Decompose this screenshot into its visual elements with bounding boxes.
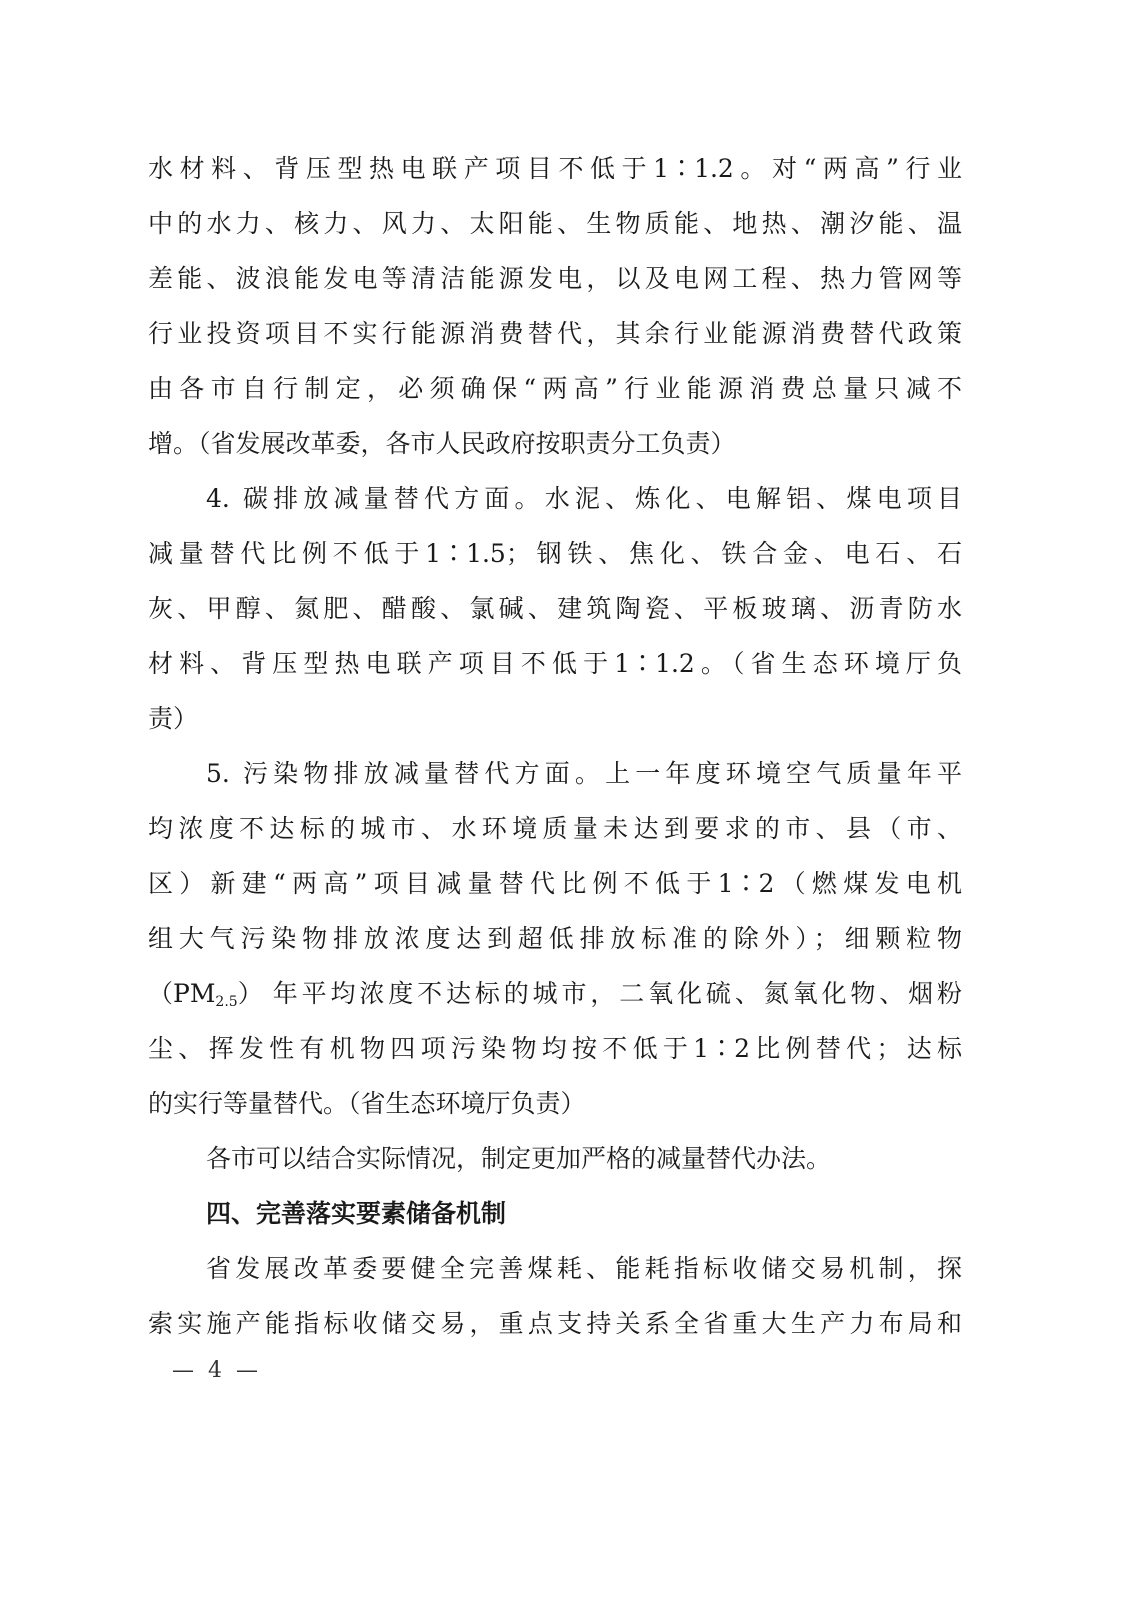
paragraph-line: 组大气污染物排放浓度达到超低排放标准的除外）；细颗粒物 [148,922,962,956]
paragraph-line: 索实施产能指标收储交易，重点支持关系全省重大生产力布局和 [148,1307,962,1341]
paragraph-line-pm25: （PM2.5） 年平均浓度不达标的城市，二氧化硫、氮氧化物、烟粉 [148,977,962,1011]
paragraph-line: 各市可以结合实际情况，制定更加严格的减量替代办法。 [206,1142,962,1176]
paragraph-line: 区）新建“两高”项目减量替代比例不低于1∶2（燃煤发电机 [148,867,962,901]
section-heading: 四、完善落实要素储备机制 [206,1197,962,1231]
paragraph-line: 减量替代比例不低于1∶1.5；钢铁、焦化、铁合金、电石、石 [148,537,962,571]
paragraph-line: 均浓度不达标的城市、水环境质量未达到要求的市、县（市、 [148,812,962,846]
pm25-line-text: 年平均浓度不达标的城市，二氧化硫、氮氧化物、烟粉 [273,977,962,1011]
page-number: — 4 — [172,1358,258,1383]
document-page: 水材料、背压型热电联产项目不低于1∶1.2。对“两高”行业 中的水力、核力、风力… [0,0,1131,1600]
paragraph-line: 材料、背压型热电联产项目不低于1∶1.2。（省生态环境厅负 [148,647,962,681]
paragraph-line-responsibility: 增。（省发展改革委，各市人民政府按职责分工负责） [148,427,962,461]
item-5-line: 5. 污染物排放减量替代方面。上一年度环境空气质量年平 [206,757,962,791]
pm25-label: （PM2.5） [148,977,263,1011]
item-4-line: 4. 碳排放减量替代方面。水泥、炼化、电解铝、煤电项目 [206,482,962,516]
paragraph-line: 差能、波浪能发电等清洁能源发电，以及电网工程、热力管网等 [148,262,962,296]
paragraph-line: 水材料、背压型热电联产项目不低于1∶1.2。对“两高”行业 [148,152,962,186]
paragraph-line: 省发展改革委要健全完善煤耗、能耗指标收储交易机制，探 [206,1252,962,1286]
pm-subscript: 2.5 [215,994,237,1010]
paragraph-line: 中的水力、核力、风力、太阳能、生物质能、地热、潮汐能、温 [148,207,962,241]
paragraph-line-responsibility: 的实行等量替代。（省生态环境厅负责） [148,1087,962,1121]
paragraph-line: 尘、挥发性有机物四项污染物均按不低于1∶2比例替代；达标 [148,1032,962,1066]
pm-prefix: （PM [148,979,215,1008]
pm-suffix: ） [238,979,263,1008]
paragraph-line: 责） [148,702,962,736]
paragraph-line: 灰、甲醇、氮肥、醋酸、氯碱、建筑陶瓷、平板玻璃、沥青防水 [148,592,962,626]
paragraph-line: 由各市自行制定，必须确保“两高”行业能源消费总量只减不 [148,372,962,406]
paragraph-line: 行业投资项目不实行能源消费替代，其余行业能源消费替代政策 [148,317,962,351]
